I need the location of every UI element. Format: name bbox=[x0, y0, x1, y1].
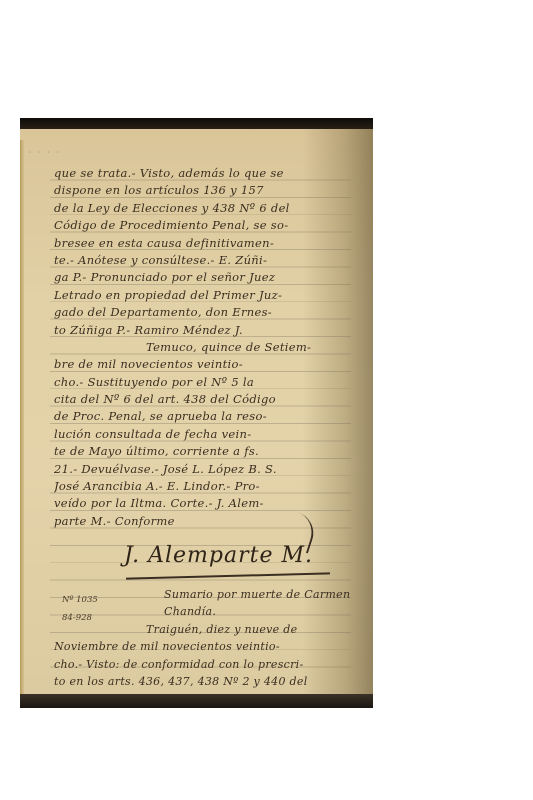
signature: J. Alemparte M. bbox=[124, 543, 313, 568]
text-line: de la Ley de Elecciones y 438 Nº 6 del bbox=[54, 200, 354, 217]
text-line: cho.- Sustituyendo por el Nº 5 la bbox=[54, 374, 354, 391]
text-line: to en los arts. 436, 437, 438 Nº 2 y 440… bbox=[54, 673, 354, 690]
text-line: gado del Departamento, don Ernes- bbox=[54, 304, 354, 321]
text-line: ga P.- Pronunciado por el señor Juez bbox=[54, 269, 354, 286]
text-line: de Proc. Penal, se aprueba la reso- bbox=[54, 408, 354, 425]
text-line: bresee en esta causa definitivamen- bbox=[54, 235, 354, 252]
text-line: cita del Nº 6 del art. 438 del Código bbox=[54, 391, 354, 408]
entry-title: Sumario por muerte de Carmen bbox=[54, 586, 354, 603]
text-line: to Zúñiga P.- Ramiro Méndez J. bbox=[54, 322, 354, 339]
text-line: Letrado en propiedad del Primer Juz- bbox=[54, 287, 354, 304]
margin-mark: · · · · bbox=[28, 149, 60, 156]
page-left-edge bbox=[20, 140, 24, 706]
text-line: Traiguén, diez y nueve de bbox=[54, 621, 354, 638]
text-line: te de Mayo último, corriente a fs. bbox=[54, 443, 354, 460]
text-line: dispone en los artículos 136 y 157 bbox=[54, 182, 354, 199]
text-line: Código de Procedimiento Penal, se so- bbox=[54, 217, 354, 234]
new-entry: Sumario por muerte de Carmen Chandía. Tr… bbox=[54, 586, 354, 690]
text-line: José Arancibia A.- E. Lindor.- Pro- bbox=[54, 478, 354, 495]
entry-title: Chandía. bbox=[54, 603, 354, 620]
handwritten-body: que se trata.- Visto, además lo que se d… bbox=[54, 165, 354, 530]
text-line: te.- Anótese y consúltese.- E. Zúñi- bbox=[54, 252, 354, 269]
text-line: que se trata.- Visto, además lo que se bbox=[54, 165, 354, 182]
text-line: Temuco, quince de Setiem- bbox=[54, 339, 354, 356]
text-line: lución consultada de fecha vein- bbox=[54, 426, 354, 443]
ledger-page: · · · · que se trata.- Visto, además lo … bbox=[20, 129, 373, 695]
text-line: bre de mil novecientos veintio- bbox=[54, 356, 354, 373]
text-line: cho.- Visto: de conformidad con lo presc… bbox=[54, 656, 354, 673]
book-bottom-edge bbox=[20, 694, 373, 708]
text-line: 21.- Devuélvase.- José L. López B. S. bbox=[54, 461, 354, 478]
text-line: veído por la Iltma. Corte.- J. Alem- bbox=[54, 495, 354, 512]
text-line: Noviembre de mil novecientos veintio- bbox=[54, 638, 354, 655]
ledger-photograph: · · · · que se trata.- Visto, además lo … bbox=[20, 118, 373, 708]
